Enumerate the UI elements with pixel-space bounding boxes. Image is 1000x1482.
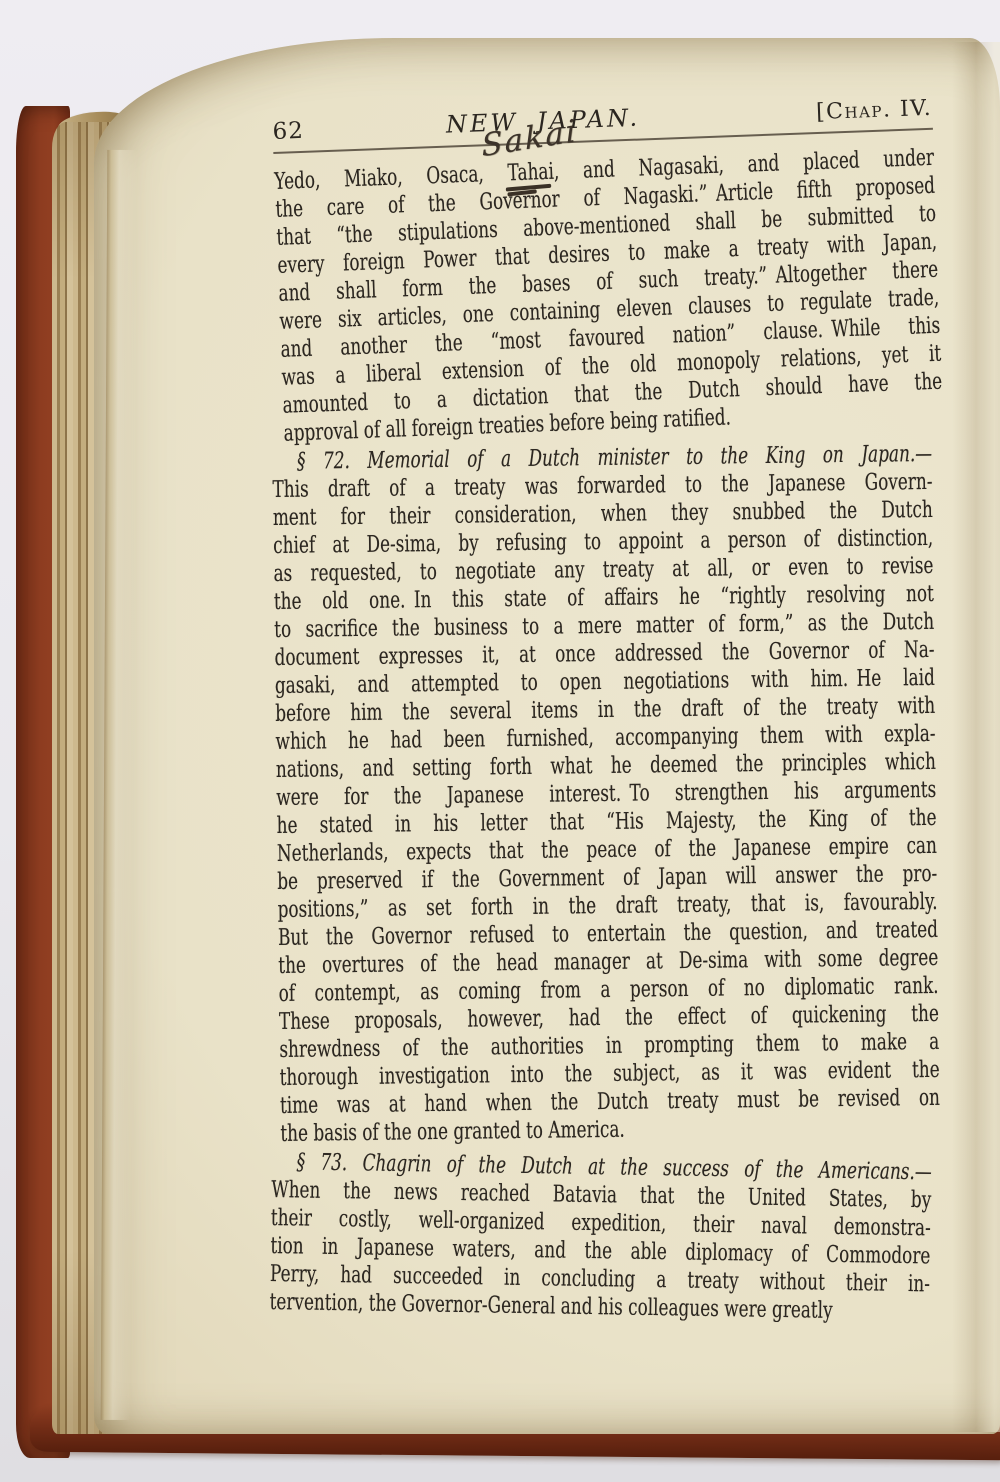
section-72-paragraph: § 72. Memorial of a Dutch minister to th…: [272, 439, 940, 1147]
annotated-word: Tahai: [507, 158, 554, 186]
book-page-photo: 62 NEW JAPAN. [Chap. IV. Sakai Yedo, Mia…: [0, 0, 1000, 1482]
page-right-curve-shadow: [952, 42, 1000, 1432]
page-number: 62: [272, 116, 304, 147]
chapter-label: [Chap. IV.: [782, 94, 933, 129]
section-72: § 72. Memorial of a Dutch minister to th…: [272, 439, 941, 1147]
section-73: § 73. Chagrin of the Dutch at the succes…: [269, 1148, 932, 1326]
page-content: 62 NEW JAPAN. [Chap. IV. Sakai Yedo, Mia…: [272, 116, 932, 1316]
header-and-first-paragraph: 62 NEW JAPAN. [Chap. IV. Sakai Yedo, Mia…: [272, 92, 944, 447]
paragraph-continuation: Yedo, Miako, Osaca, Tahai, and Nagasaki,…: [274, 143, 944, 447]
section-73-paragraph: § 73. Chagrin of the Dutch at the succes…: [269, 1148, 932, 1326]
